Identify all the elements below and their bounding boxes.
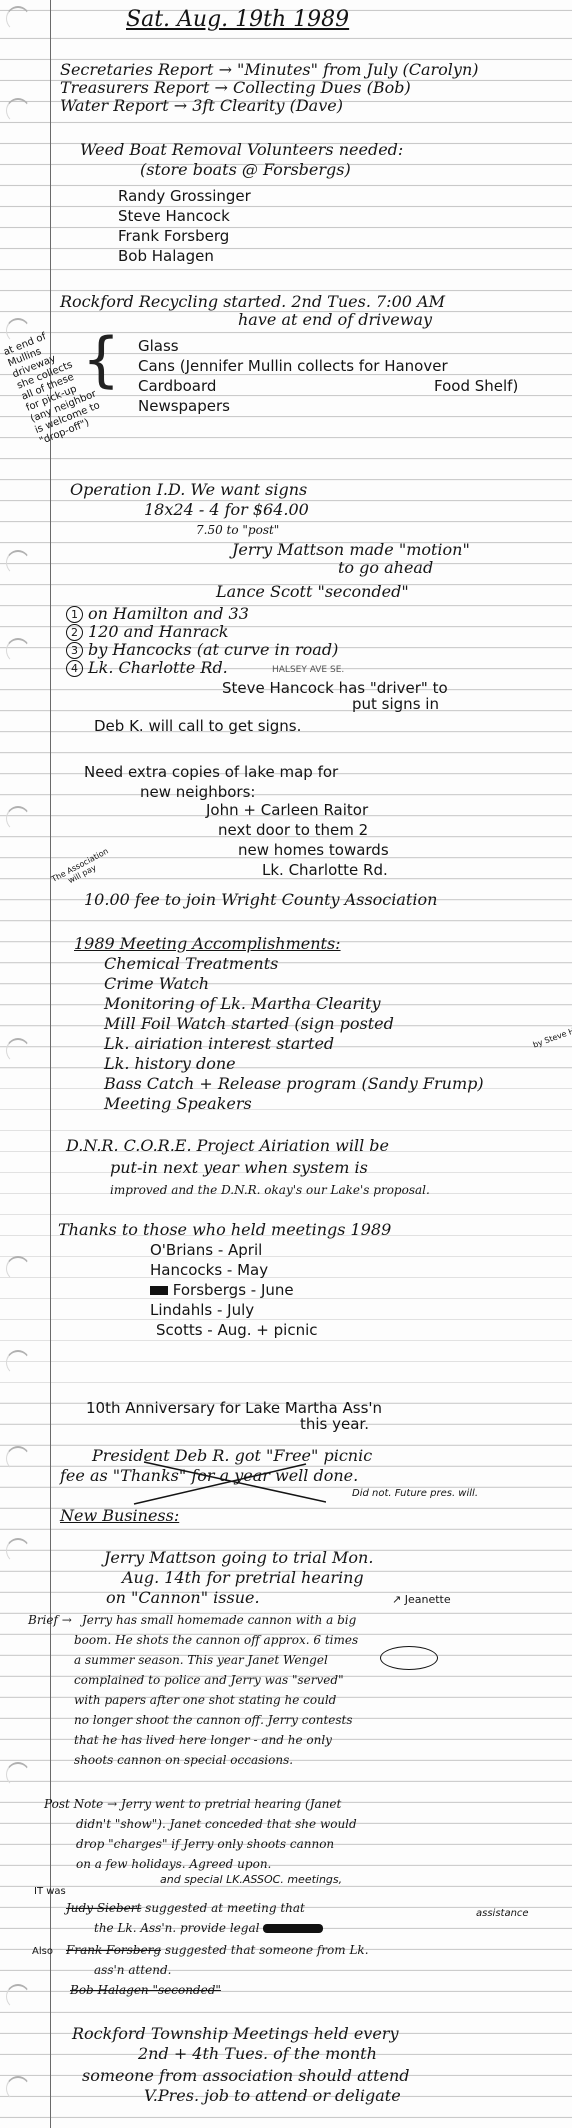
operation-id-heading: Operation I.D. We want signs [70,480,307,500]
weed-boat-note: (store boats @ Forsbergs) [140,160,351,180]
meeting-host: Hancocks - May [150,1260,268,1280]
binder-hole [6,98,30,123]
margin-note-association-pays: The Association will pay [50,846,114,891]
new-business-line: on "Cannon" issue. [106,1588,260,1608]
sign-location: 3by Hancocks (at curve in road) [66,640,338,660]
sign-location: 1on Hamilton and 33 [66,604,249,624]
sign-location: 4Lk. Charlotte Rd. [66,658,228,678]
brief-line: that he has lived here longer - and he o… [74,1730,332,1750]
accomplishment: Lk. history done [104,1054,236,1074]
recycle-item: Cardboard [138,376,216,396]
it-was-label: IT was [34,1882,66,1902]
lake-map-line: John + Carleen Raitor [206,800,368,820]
township-line: V.Pres. job to attend or deligate [144,2086,401,2106]
recycle-item-note: Food Shelf) [434,376,518,396]
meeting-host: Forsbergs - June [150,1280,294,1300]
lake-map-line: next door to them 2 [218,820,368,840]
volunteer: Bob Halagen [118,246,214,266]
binder-hole [6,550,30,575]
post-note-line: drop "charges" if Jerry only shoots cann… [76,1834,334,1854]
recycle-item: Newspapers [138,396,230,416]
also-line-2: ass'n attend. [94,1960,171,1980]
wright-county-fee: 10.00 fee to join Wright County Associat… [84,890,437,910]
date-heading: Sat. Aug. 19th 1989 [126,10,349,30]
brief-line: shoots cannon on special occasions. [74,1750,293,1770]
meeting-host: Lindahls - July [150,1300,254,1320]
binder-hole [6,1350,30,1375]
new-business-line: Aug. 14th for pretrial hearing [122,1568,364,1588]
lake-map-heading-2: new neighbors: [140,782,255,802]
binder-hole [6,1984,30,2009]
sign-location: 2120 and Hanrack [66,622,228,642]
brief-line: boom. He shots the cannon off approx. 6 … [74,1630,358,1650]
location-4-addendum: HALSEY AVE SE. [272,660,344,680]
lake-map-heading: Need extra copies of lake map for [84,762,338,782]
call-note: Deb K. will call to get signs. [94,716,301,736]
brief-line: no longer shoot the cannon off. Jerry co… [74,1710,353,1730]
weed-boat-heading: Weed Boat Removal Volunteers needed: [80,140,403,160]
brief-line: Jerry has small homemade cannon with a b… [82,1610,356,1630]
seconded-struck: Bob Halagen "seconded" [70,1980,221,2000]
president-correction: Did not. Future pres. will. [352,1484,478,1504]
accomplishment: Lk. airiation interest started [104,1034,334,1054]
operation-id-post: 7.50 to "post" [196,520,279,540]
binder-hole [6,1446,30,1471]
volunteer: Frank Forsberg [118,226,229,246]
redaction-mark [263,1924,323,1933]
recycle-item: Cans (Jennifer Mullin collects for Hanov… [138,356,448,376]
post-note-line: didn't "show"). Janet conceded that she … [76,1814,357,1834]
accomplishment: Bass Catch + Release program (Sandy Frum… [104,1074,484,1094]
report-secretary: Secretaries Report → "Minutes" from July… [60,60,479,80]
suggest-line: Judy Siebert suggested at meeting that [66,1898,305,1918]
thanks-heading: Thanks to those who held meetings 1989 [58,1220,391,1240]
brief-line: with papers after one shot stating he co… [74,1690,336,1710]
post-note-line: Post Note → Jerry went to pretrial heari… [44,1794,341,1814]
binder-hole [6,1762,30,1787]
volunteer: Randy Grossinger [118,186,251,206]
binder-hole [6,2076,30,2101]
recycling-subheading: have at end of driveway [238,310,432,330]
operation-id-motion: Jerry Mattson made "motion" [232,540,470,560]
cross-out-mark [104,1458,326,1506]
scribble-mark [150,1286,168,1295]
lake-map-line: new homes towards [238,840,389,860]
binder-hole [6,638,30,663]
binder-hole [6,1538,30,1563]
meeting-host: Scotts - Aug. + picnic [156,1320,318,1340]
binder-hole [6,1038,30,1063]
sign-posted-note: by Steve H. [530,1021,572,1056]
operation-id-motion-2: to go ahead [338,558,433,578]
notebook-page: Sat. Aug. 19th 1989 Secretaries Report →… [0,0,572,2128]
recycle-item: Glass [138,336,179,356]
accomplishment: Monitoring of Lk. Martha Clearity [104,994,381,1014]
recycling-heading: Rockford Recycling started. 2nd Tues. 7:… [60,292,445,312]
township-line: someone from association should attend [82,2066,410,2086]
brief-line: complained to police and Jerry was "serv… [74,1670,344,1690]
volunteer: Steve Hancock [118,206,230,226]
suggest-line-2: the Lk. Ass'n. provide legal [94,1918,323,1938]
jeanette-note: ↗ Jeanette [392,1590,451,1610]
dnr-line: D.N.R. C.O.R.E. Project Airiation will b… [66,1136,389,1156]
new-business-heading: New Business: [60,1506,179,1526]
post-note-addendum: and special LK.ASSOC. meetings, [160,1870,342,1890]
dnr-line: put-in next year when system is [110,1158,368,1178]
driver-note-2: put signs in [352,694,439,714]
operation-id-price: 18x24 - 4 for $64.00 [144,500,309,520]
meeting-host: O'Brians - April [150,1240,262,1260]
accomplishment: Meeting Speakers [104,1094,252,1114]
binder-hole [6,806,30,831]
report-treasurer: Treasurers Report → Collecting Dues (Bob… [60,78,411,98]
binder-hole [6,6,30,31]
dnr-line: improved and the D.N.R. okay's our Lake'… [110,1180,430,1200]
lake-map-line: Lk. Charlotte Rd. [262,860,388,880]
township-line: 2nd + 4th Tues. of the month [138,2044,377,2064]
anniversary-line-2: this year. [300,1414,369,1434]
also-line: Frank Forsberg suggested that someone fr… [66,1940,369,1960]
accomplishment: Chemical Treatments [104,954,278,974]
accomplishment: Crime Watch [104,974,209,994]
operation-id-seconded: Lance Scott "seconded" [216,582,409,602]
brief-label: Brief → [28,1610,72,1630]
new-business-line: Jerry Mattson going to trial Mon. [104,1548,373,1568]
township-line: Rockford Township Meetings held every [72,2024,398,2044]
also-label: Also [32,1942,53,1962]
report-water: Water Report → 3ft Clearity (Dave) [60,96,343,116]
brief-line: a summer season. This year Janet Wengel [74,1650,328,1670]
circled-name-mark [380,1646,438,1670]
accomplishment: Mill Foil Watch started (sign posted [104,1014,394,1034]
assistance-insert: assistance [476,1904,529,1924]
binder-hole [6,1256,30,1281]
accomplishments-heading: 1989 Meeting Accomplishments: [74,934,341,954]
